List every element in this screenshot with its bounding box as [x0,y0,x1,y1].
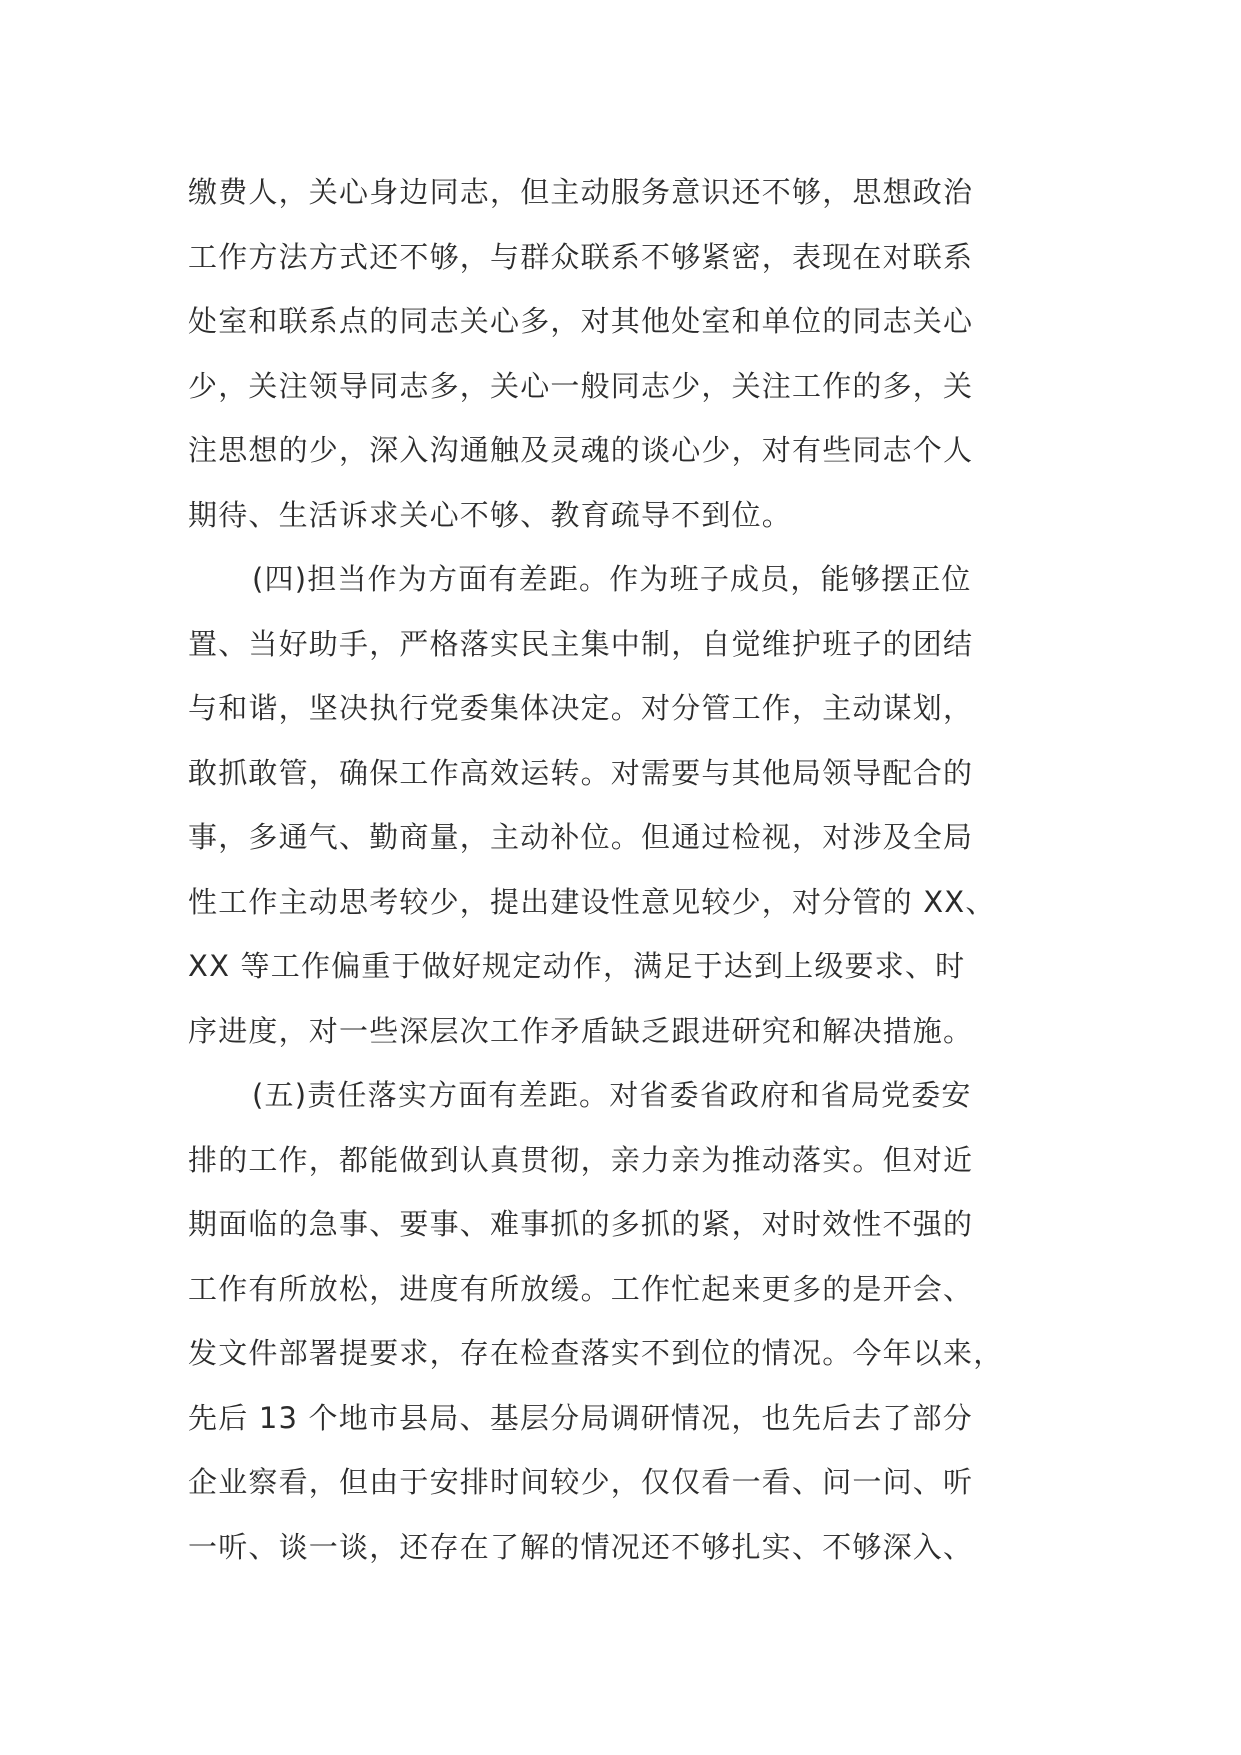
paragraph-five-implementation: (五)责任落实方面有差距。对省委省政府和省局党委安 排的工作，都能做到认真贯彻，… [188,1063,1056,1579]
text-line: 一听、谈一谈，还存在了解的情况还不够扎实、不够深入、 [188,1515,1056,1580]
text-line: 先后 13 个地市县局、基层分局调研情况，也先后去了部分 [188,1386,1056,1451]
document-page: 缴费人，关心身边同志，但主动服务意识还不够，思想政治 工作方法方式还不够，与群众… [188,160,1056,1579]
text-line: 工作有所放松，进度有所放缓。工作忙起来更多的是开会、 [188,1257,1056,1322]
text-line: XX 等工作偏重于做好规定动作，满足于达到上级要求、时 [188,934,1056,999]
text-line: 期待、生活诉求关心不够、教育疏导不到位。 [188,483,1056,548]
paragraph-heading-line: (五)责任落实方面有差距。对省委省政府和省局党委安 [188,1063,1056,1128]
text-line: 注思想的少，深入沟通触及灵魂的谈心少，对有些同志个人 [188,418,1056,483]
text-line: 少，关注领导同志多，关心一般同志少，关注工作的多，关 [188,354,1056,419]
text-line: 企业察看，但由于安排时间较少，仅仅看一看、问一问、听 [188,1450,1056,1515]
text-line: 事，多通气、勤商量，主动补位。但通过检视，对涉及全局 [188,805,1056,870]
text-line: 工作方法方式还不够，与群众联系不够紧密，表现在对联系 [188,225,1056,290]
text-line: 排的工作，都能做到认真贯彻，亲力亲为推动落实。但对近 [188,1128,1056,1193]
text-line: 序进度，对一些深层次工作矛盾缺乏跟进研究和解决措施。 [188,999,1056,1064]
text-line: 处室和联系点的同志关心多，对其他处室和单位的同志关心 [188,289,1056,354]
text-line: 敢抓敢管，确保工作高效运转。对需要与其他局领导配合的 [188,741,1056,806]
text-line: 置、当好助手，严格落实民主集中制，自觉维护班子的团结 [188,612,1056,677]
text-line: 与和谐，坚决执行党委集体决定。对分管工作，主动谋划， [188,676,1056,741]
text-line: 期面临的急事、要事、难事抓的多抓的紧，对时效性不强的 [188,1192,1056,1257]
text-line: 缴费人，关心身边同志，但主动服务意识还不够，思想政治 [188,160,1056,225]
paragraph-four-responsibility: (四)担当作为方面有差距。作为班子成员，能够摆正位 置、当好助手，严格落实民主集… [188,547,1056,1063]
paragraph-heading-line: (四)担当作为方面有差距。作为班子成员，能够摆正位 [188,547,1056,612]
text-line: 性工作主动思考较少，提出建设性意见较少，对分管的 XX、 [188,870,1056,935]
text-line: 发文件部署提要求，存在检查落实不到位的情况。今年以来， [188,1321,1056,1386]
paragraph-continued: 缴费人，关心身边同志，但主动服务意识还不够，思想政治 工作方法方式还不够，与群众… [188,160,1056,547]
